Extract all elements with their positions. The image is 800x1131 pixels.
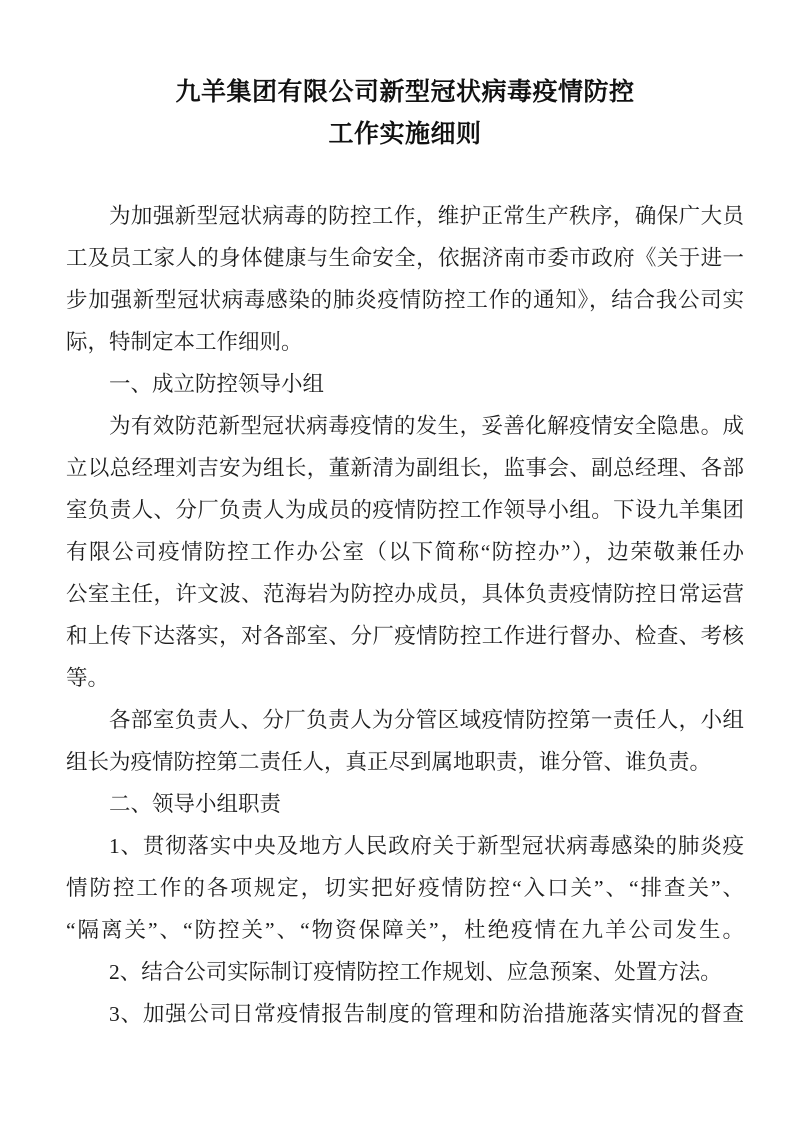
document-title: 九羊集团有限公司新型冠状病毒疫情防控 工作实施细则 [66,72,744,156]
text-line: 和上传下达落实，对各部室、分厂疫情防控工作进行督办、检查、考核 [66,615,744,657]
text-line: 情防控工作的各项规定，切实把好疫情防控“入口关”、“排查关”、 [66,867,744,909]
text-line: 室负责人、分厂负责人为成员的疫情防控工作领导小组。下设九羊集团 [66,489,744,531]
document-body: 为加强新型冠状病毒的防控工作，维护正常生产秩序，确保广大员工及员工家人的身体健康… [66,195,744,1035]
text-line: 1、贯彻落实中央及地方人民政府关于新型冠状病毒感染的肺炎疫 [66,825,744,867]
text-line: 有限公司疫情防控工作办公室（以下简称“防控办”），边荣敬兼任办 [66,531,744,573]
text-line: 等。 [66,657,744,699]
document-page: 九羊集团有限公司新型冠状病毒疫情防控 工作实施细则 为加强新型冠状病毒的防控工作… [0,0,800,1131]
text-line: 一、成立防控领导小组 [66,363,744,405]
text-line: 立以总经理刘吉安为组长，董新清为副组长，监事会、副总经理、各部 [66,447,744,489]
text-line: 公室主任，许文波、范海岩为防控办成员，具体负责疫情防控日常运营 [66,573,744,615]
text-line: 为有效防范新型冠状病毒疫情的发生，妥善化解疫情安全隐患。成 [66,405,744,447]
document-title-line-1: 九羊集团有限公司新型冠状病毒疫情防控 [66,72,744,114]
text-line: 3、加强公司日常疫情报告制度的管理和防治措施落实情况的督查 [66,993,744,1035]
text-line: “隔离关”、“防控关”、“物资保障关”，杜绝疫情在九羊公司发生。 [66,909,744,951]
text-line: 组长为疫情防控第二责任人，真正尽到属地职责，谁分管、谁负责。 [66,741,744,783]
text-line: 2、结合公司实际制订疫情防控工作规划、应急预案、处置方法。 [66,951,744,993]
text-line: 二、领导小组职责 [66,783,744,825]
text-line: 步加强新型冠状病毒感染的肺炎疫情防控工作的通知》，结合我公司实 [66,279,744,321]
text-line: 为加强新型冠状病毒的防控工作，维护正常生产秩序，确保广大员 [66,195,744,237]
text-line: 各部室负责人、分厂负责人为分管区域疫情防控第一责任人，小组 [66,699,744,741]
text-line: 际，特制定本工作细则。 [66,321,744,363]
document-title-line-2: 工作实施细则 [66,114,744,156]
text-line: 工及员工家人的身体健康与生命安全，依据济南市委市政府《关于进一 [66,237,744,279]
